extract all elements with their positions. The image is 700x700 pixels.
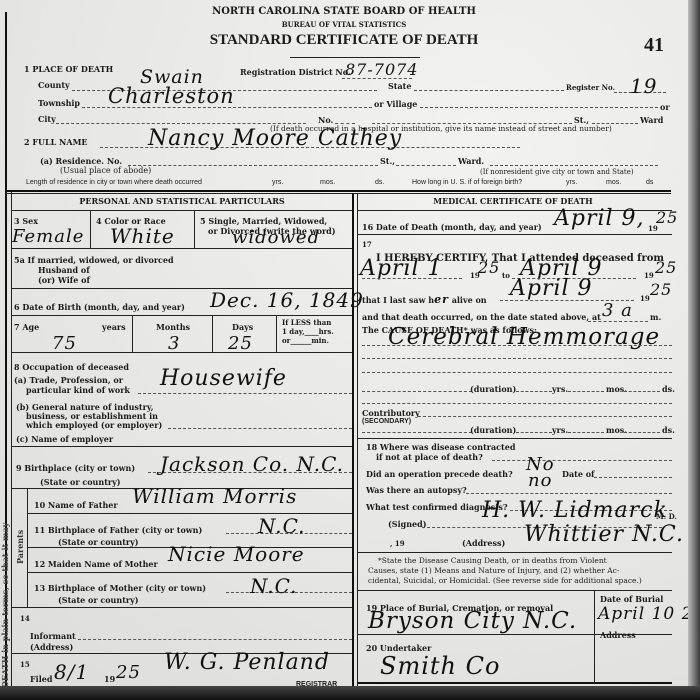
registrar-signature[interactable]: W. G. Penland (164, 650, 330, 675)
date-of-death-value[interactable]: April 9, (554, 206, 645, 231)
cause-note: *State the Disease Causing Death, or in … (378, 556, 607, 565)
undertaker-address-label: Address (600, 630, 636, 640)
residence-sub: (Usual place of abode) (60, 166, 151, 175)
autopsy-label: Was there an autopsy? (366, 485, 467, 495)
parents-label: Parents (15, 530, 25, 564)
or-label: or (660, 102, 670, 112)
employer-label: (c) Name of employer (16, 434, 113, 444)
mother-birthplace-value[interactable]: N.C. (250, 574, 298, 598)
spouse-label: 5a If married, widowed, or divorced (14, 255, 174, 265)
residence-ward-label: Ward. (458, 156, 484, 166)
certificate-paper: NORTH CAROLINA STATE BOARD OF HEALTH BUR… (0, 0, 688, 688)
physician-signature[interactable]: H. W. Lidmarck (482, 498, 668, 523)
birthplace-value[interactable]: Jackson Co. N.C. (160, 452, 344, 476)
dob-value[interactable]: Dec. 16, 1849 (210, 288, 364, 312)
undertaker-value[interactable]: Smith Co (380, 652, 500, 680)
mother-label: 12 Maiden Name of Mother (34, 559, 158, 569)
sex-value[interactable]: Female (12, 226, 84, 247)
township-value[interactable]: Charleston (108, 84, 235, 108)
father-birthplace-label: 11 Birthplace of Father (city or town) (34, 525, 202, 535)
register-label: Register No. (566, 83, 615, 92)
mother-birthplace-label: 13 Birthplace of Mother (city or town) (34, 583, 206, 593)
race-value[interactable]: White (110, 224, 175, 248)
full-name-label: 2 FULL NAME (24, 137, 88, 147)
last-saw-label: that I last saw her alive on (362, 293, 487, 306)
page-bottom-shadow (0, 686, 700, 700)
center-divider (352, 193, 354, 688)
marital-value[interactable]: widowed (232, 227, 320, 248)
time-of-death-value[interactable]: 3 a (602, 300, 633, 321)
burial-date-label: Date of Burial (600, 594, 663, 604)
state-label: State (388, 81, 411, 91)
county-label: County (38, 80, 70, 90)
mother-value[interactable]: Nicie Moore (168, 542, 305, 566)
left-inner-border (11, 190, 12, 688)
ward-label: Ward (640, 115, 663, 125)
township-label: Township (38, 98, 80, 108)
personal-section-title: PERSONAL AND STATISTICAL PARTICULARS (12, 196, 352, 206)
contributory-label: Contributory (362, 408, 420, 418)
burial-date-value[interactable]: April 10 25 (598, 604, 700, 624)
last-saw-year[interactable]: 25 (650, 280, 672, 299)
foreign-label: How long in U. S. if of foreign birth? (412, 179, 522, 186)
occupation-label: 8 Occupation of deceased (14, 362, 129, 372)
residence-st-label: St., (380, 156, 395, 166)
contracted-label: 18 Where was disease contracted (366, 442, 515, 452)
filed-date-value[interactable]: 8/1 (54, 660, 89, 684)
last-saw-value[interactable]: April 9 (510, 276, 593, 301)
full-name-value[interactable]: Nancy Moore Cathey (148, 126, 402, 151)
operation-label: Did an operation precede death? (366, 469, 513, 479)
father-value[interactable]: William Morris (132, 484, 297, 508)
page-title: STANDARD CERTIFICATE OF DEATH (0, 32, 688, 49)
page-number: 41 (644, 34, 664, 57)
medical-section-title: MEDICAL CERTIFICATE OF DEATH (358, 196, 668, 206)
page-edge-shadow (688, 0, 700, 700)
date-of-death-year[interactable]: 25 (656, 208, 678, 227)
attended-from-year[interactable]: 25 (478, 258, 500, 277)
residence-label: (a) Residence. No. (40, 156, 122, 166)
informant-label: Informant (30, 631, 76, 641)
date-of-death-label: 16 Date of Death (month, day, and year) (362, 222, 542, 232)
autopsy-value[interactable]: no (528, 470, 552, 491)
register-value[interactable]: 19 (630, 74, 657, 98)
dob-label: 6 Date of Birth (month, day, and year) (14, 302, 185, 312)
cause-value[interactable]: Cerebral Hemmorage (388, 324, 660, 350)
registration-value[interactable]: 87-7074 (345, 60, 418, 79)
birthplace-label: 9 Birthplace (city or town) (16, 463, 135, 473)
occurred-label: and that death occurred, on the date sta… (362, 312, 601, 322)
registration-label: Registration District No. (240, 67, 351, 77)
occupation-value[interactable]: Housewife (160, 366, 287, 391)
length-label: Length of residence in city or town wher… (26, 179, 202, 186)
age-days-value[interactable]: 25 (228, 333, 253, 354)
sex-label: 3 Sex (14, 216, 38, 226)
margin-instructions: DEATH in plain terms, so that it may (0, 523, 10, 688)
board-title: NORTH CAROLINA STATE BOARD OF HEALTH (0, 6, 688, 17)
age-label: 7 Age (14, 322, 39, 332)
title-rule (290, 57, 420, 58)
bureau-title: BUREAU OF VITAL STATISTICS (0, 20, 688, 29)
filed-year-value[interactable]: 25 (116, 662, 141, 683)
signed-label: (Signed) (388, 519, 426, 529)
nonresident-note: (If nonresident give city or town and St… (480, 168, 634, 176)
place-of-death-label: 1 PLACE OF DEATH (24, 64, 113, 74)
marital-label: 5 Single, Married, Widowed, (200, 216, 327, 226)
filed-label: Filed (30, 674, 52, 684)
village-label: or Village (374, 99, 417, 109)
age-years-value[interactable]: 75 (52, 333, 77, 354)
burial-place-value[interactable]: Bryson City N.C. (368, 608, 577, 634)
city-label: City (38, 114, 56, 124)
father-birthplace-value[interactable]: N.C. (258, 514, 306, 538)
age-months-value[interactable]: 3 (168, 333, 180, 354)
attended-to-year[interactable]: 25 (655, 258, 677, 277)
physician-address[interactable]: Whittier N.C. (524, 522, 684, 547)
father-label: 10 Name of Father (34, 500, 118, 510)
